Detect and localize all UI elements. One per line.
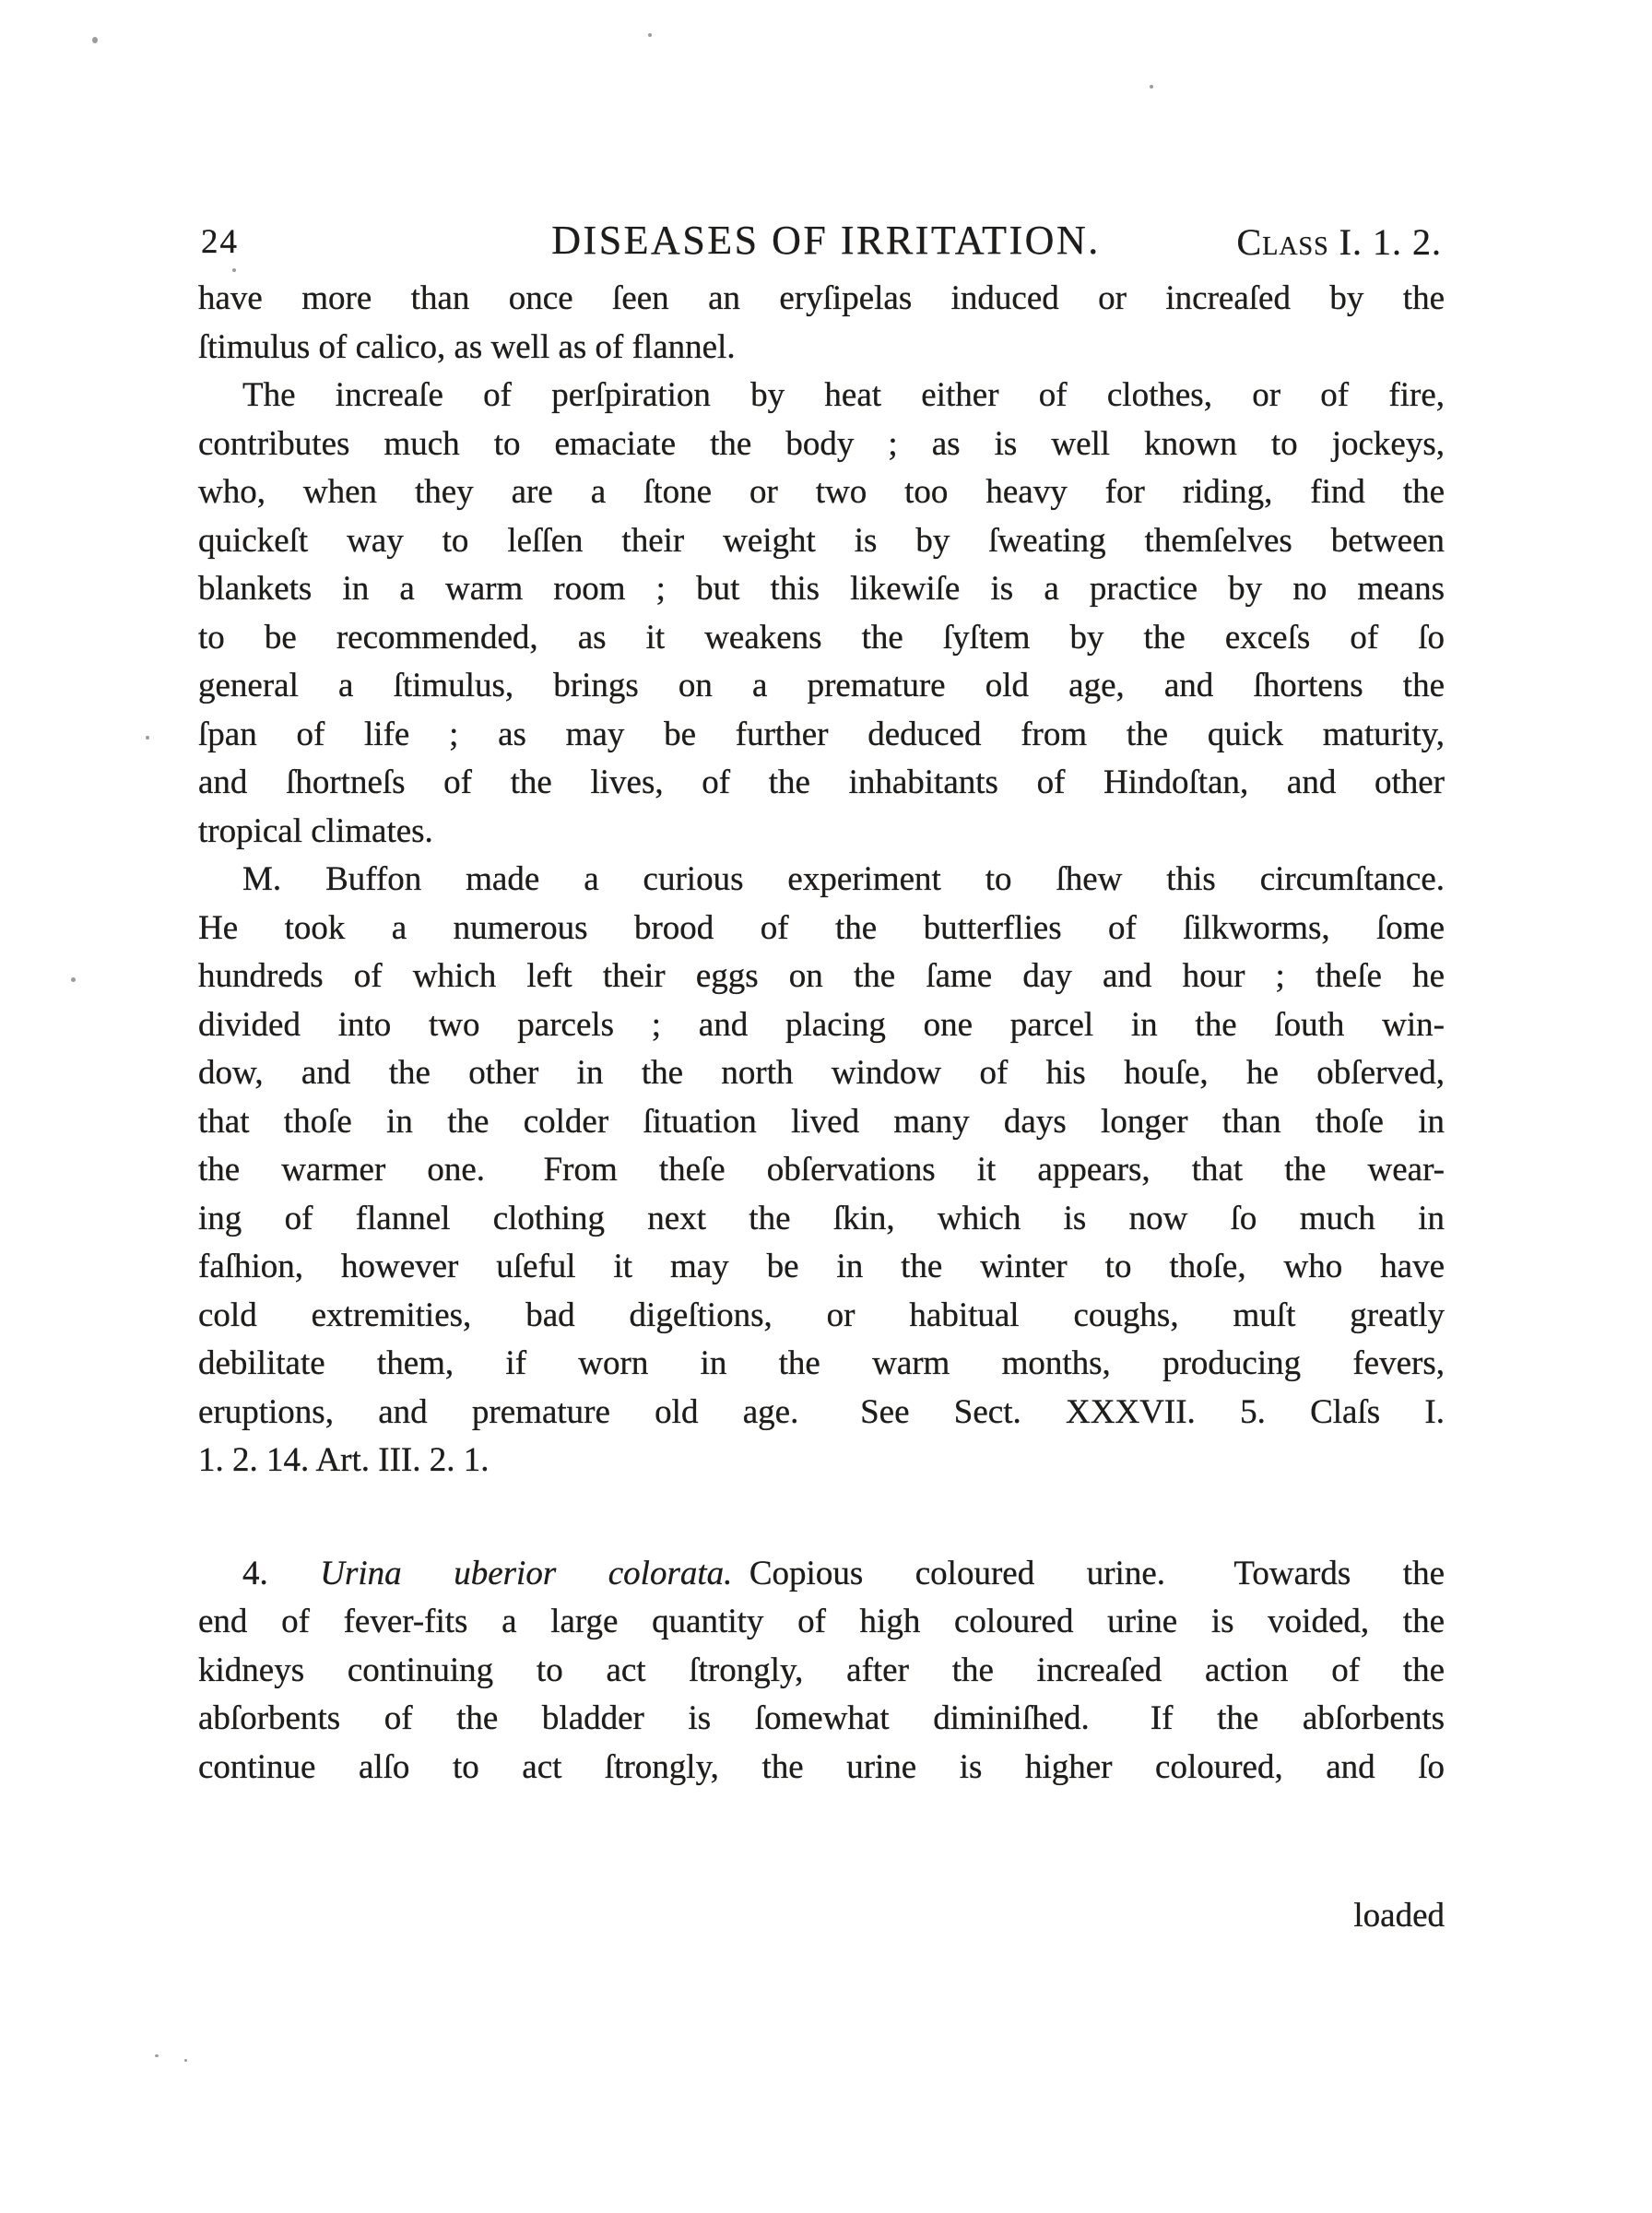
text-line: have more than once ſeen an eryſipelas i…: [198, 275, 1445, 324]
paragraph: 4. Urina uberior colorata. Copious colou…: [198, 1550, 1445, 1793]
text-segment: cold extremities, bad digeſtions, or hab…: [198, 1296, 1445, 1334]
text-line: blankets in a warm room ; but this likew…: [198, 565, 1445, 614]
text-line: 4. Urina uberior colorata. Copious colou…: [198, 1550, 1445, 1599]
text-line: dow, and the other in the north window o…: [198, 1049, 1445, 1098]
text-segment: 1. 2. 14. Art. III. 2. 1.: [198, 1441, 490, 1479]
scan-speck: [71, 977, 76, 982]
text-line: quickeſt way to leſſen their weight is b…: [198, 517, 1445, 566]
text-segment: kidneys continuing to act ſtrongly, afte…: [198, 1651, 1445, 1689]
text-segment: He took a numerous brood of the butterfl…: [198, 909, 1445, 947]
scan-speck: [146, 736, 149, 740]
text-line: eruptions, and premature old age. See Se…: [198, 1389, 1445, 1438]
text-segment: continue alſo to act ſtrongly, the urine…: [198, 1748, 1445, 1786]
catchword: loaded: [1353, 1892, 1445, 1941]
text-segment: contributes much to emaciate the body ; …: [198, 425, 1445, 463]
text-segment: abſorbents of the bladder is ſomewhat di…: [198, 1699, 1445, 1737]
text-line: 1. 2. 14. Art. III. 2. 1.: [198, 1437, 1445, 1485]
text-segment: debilitate them, if worn in the warm mon…: [198, 1344, 1445, 1382]
text-line: that thoſe in the colder ſituation lived…: [198, 1098, 1445, 1147]
text-segment: and ſhortneſs of the lives, of the inhab…: [198, 763, 1445, 801]
text-segment: that thoſe in the colder ſituation lived…: [198, 1103, 1445, 1141]
text-segment: Copious coloured urine. Towards the: [732, 1555, 1445, 1592]
text-segment: ſpan of life ; as may be further deduced…: [198, 716, 1445, 753]
text-line: abſorbents of the bladder is ſomewhat di…: [198, 1695, 1445, 1744]
text-line: He took a numerous brood of the butterfl…: [198, 905, 1445, 953]
scan-speck: [184, 2059, 187, 2062]
scanned-book-page: 24 DISEASES OF IRRITATION. Class I. 1. 2…: [0, 0, 1652, 2213]
scan-speck: [92, 37, 98, 43]
text-line: end of fever-fits a large quantity of hi…: [198, 1598, 1445, 1647]
text-segment: blankets in a warm room ; but this likew…: [198, 570, 1445, 608]
text-line: and ſhortneſs of the lives, of the inhab…: [198, 759, 1445, 808]
text-line: the warmer one. From theſe obſervations …: [198, 1146, 1445, 1195]
text-line: who, when they are a ſtone or two too he…: [198, 468, 1445, 517]
latin-phrase: Urina uberior colorata.: [320, 1555, 732, 1592]
text-segment: quickeſt way to leſſen their weight is b…: [198, 522, 1445, 560]
text-segment: general a ſtimulus, brings on a prematur…: [198, 667, 1445, 704]
text-segment: divided into two parcels ; and placing o…: [198, 1006, 1445, 1044]
text-line: to be recommended, as it weakens the ſyſ…: [198, 614, 1445, 663]
text-line: divided into two parcels ; and placing o…: [198, 1001, 1445, 1050]
text-line: faſhion, however uſeful it may be in the…: [198, 1243, 1445, 1292]
text-line: kidneys continuing to act ſtrongly, afte…: [198, 1647, 1445, 1696]
text-line: hundreds of which left their eggs on the…: [198, 953, 1445, 1001]
text-segment: hundreds of which left their eggs on the…: [198, 957, 1445, 995]
text-line: ſpan of life ; as may be further deduced…: [198, 711, 1445, 760]
text-line: ſtimulus of calico, as well as of flanne…: [198, 324, 1445, 373]
text-line: M. Buffon made a curious experiment to ſ…: [198, 856, 1445, 905]
text-segment: tropical climates.: [198, 812, 433, 850]
text-line: contributes much to emaciate the body ; …: [198, 420, 1445, 469]
text-line: cold extremities, bad digeſtions, or hab…: [198, 1292, 1445, 1341]
paragraph: have more than once ſeen an eryſipelas i…: [198, 275, 1445, 372]
text-line: continue alſo to act ſtrongly, the urine…: [198, 1744, 1445, 1793]
text-segment: end of fever-fits a large quantity of hi…: [198, 1603, 1445, 1640]
paragraph: M. Buffon made a curious experiment to ſ…: [198, 856, 1445, 1485]
scan-speck: [1150, 85, 1153, 89]
text-segment: faſhion, however uſeful it may be in the…: [198, 1248, 1445, 1285]
text-segment: 4.: [242, 1555, 320, 1592]
text-line: ing of flannel clothing next the ſkin, w…: [198, 1195, 1445, 1244]
text-segment: eruptions, and premature old age. See Se…: [198, 1393, 1445, 1431]
paragraph: The increaſe of perſpiration by heat eit…: [198, 372, 1445, 856]
body-text: have more than once ſeen an eryſipelas i…: [198, 275, 1445, 1792]
scan-speck: [648, 33, 652, 37]
text-segment: M. Buffon made a curious experiment to ſ…: [242, 860, 1445, 898]
text-line: debilitate them, if worn in the warm mon…: [198, 1340, 1445, 1389]
text-line: general a ſtimulus, brings on a prematur…: [198, 662, 1445, 711]
section-label: Class I. 1. 2.: [1237, 220, 1442, 264]
text-segment: who, when they are a ſtone or two too he…: [198, 473, 1445, 511]
text-segment: the warmer one. From theſe obſervations …: [198, 1151, 1445, 1189]
text-line: tropical climates.: [198, 808, 1445, 857]
text-segment: to be recommended, as it weakens the ſyſ…: [198, 619, 1445, 657]
scan-speck: [232, 268, 236, 272]
scan-speck: [155, 2054, 159, 2057]
text-segment: have more than once ſeen an eryſipelas i…: [198, 279, 1445, 317]
text-segment: ſtimulus of calico, as well as of flanne…: [198, 328, 736, 366]
text-segment: ing of flannel clothing next the ſkin, w…: [198, 1200, 1445, 1237]
text-segment: dow, and the other in the north window o…: [198, 1054, 1445, 1092]
text-line: The increaſe of perſpiration by heat eit…: [198, 372, 1445, 420]
text-segment: The increaſe of perſpiration by heat eit…: [242, 376, 1445, 414]
